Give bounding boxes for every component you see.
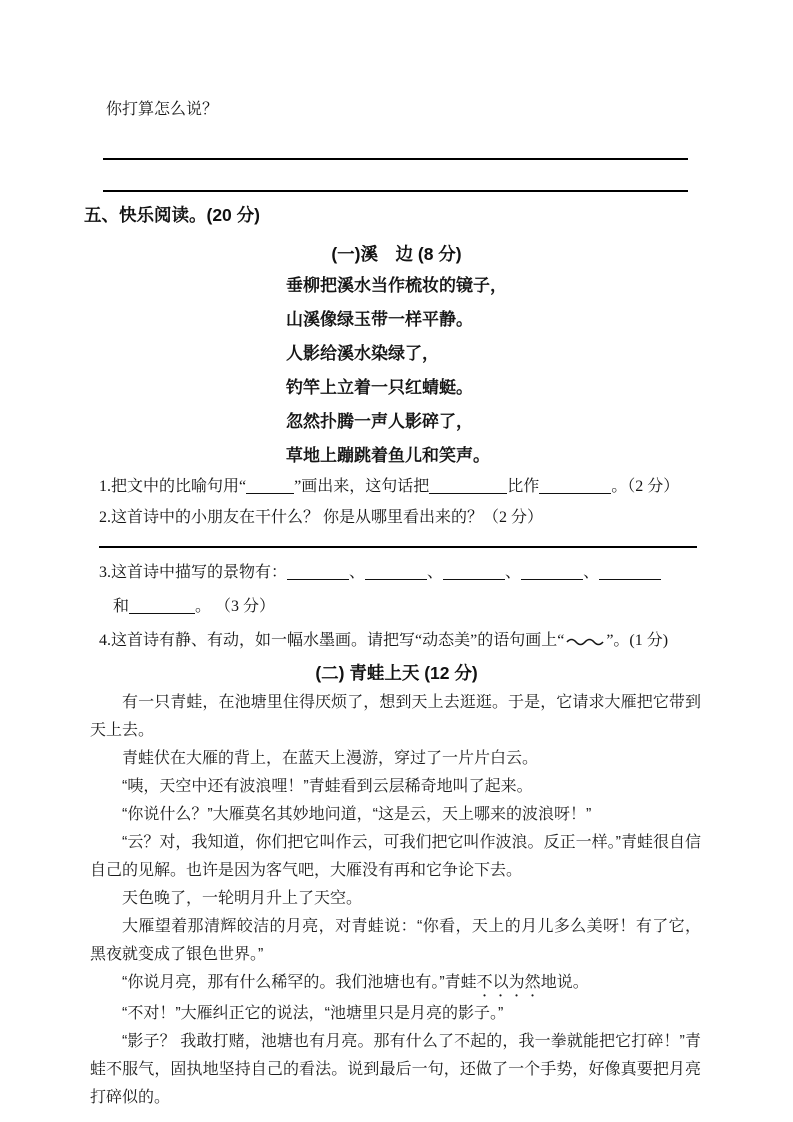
story-paragraph: 大雁望着那清辉皎洁的月亮，对青蛙说：“你看，天上的月儿多么美呀！有了它，黑夜就变… [90, 913, 701, 969]
question-1: 1.把文中的比喻句用“”画出来，这句话把比作。（2 分） [99, 476, 713, 498]
answer-line [99, 546, 697, 548]
poem-line: 垂柳把溪水当作梳妆的镜子， [286, 269, 507, 303]
blank-underline [429, 479, 507, 494]
story-text: “你说月亮，那有什么稀罕的。我们池塘也有。”青蛙 [122, 974, 477, 991]
list-separator: 、 [505, 564, 521, 581]
section-heading: 五、快乐阅读。(20 分) [84, 203, 793, 227]
story-paragraph: “影子？ 我敢打赌，池塘也有月亮。那有什么了不起的，我一拳就能把它打碎！”青蛙不… [90, 1028, 701, 1112]
prompt-question: 你打算怎么说？ [106, 99, 793, 121]
story-text: 地说。 [541, 974, 589, 991]
reading-passage-1: (一)溪 边 (8 分) 垂柳把溪水当作梳妆的镜子， 山溪像绿玉带一样平静。 人… [0, 242, 793, 653]
question-4-text: 4.这首诗有静、有动，如一幅水墨画。请把写“动态美”的语句画上“ [99, 632, 564, 649]
question-1-text: 比作 [507, 478, 539, 495]
story-body: 有一只青蛙，在池塘里住得厌烦了，想到天上去逛逛。于是，它请求大雁把它带到天上去。… [90, 689, 701, 1112]
poem-line: 忽然扑腾一声人影碎了， [286, 405, 507, 439]
story-paragraph: “咦，天空中还有波浪哩！”青蛙看到云层稀奇地叫了起来。 [90, 773, 701, 801]
question-3-text: 和 [113, 598, 129, 615]
answer-line [103, 190, 688, 192]
question-4-text: ”。(1 分) [606, 632, 668, 649]
story-paragraph: 青蛙伏在大雁的背上，在蓝天上漫游，穿过了一片片白云。 [90, 745, 701, 773]
poem-line: 草地上蹦跳着鱼儿和笑声。 [286, 439, 507, 473]
question-1-text: ”画出来，这句话把 [294, 478, 429, 495]
story-paragraph-with-emphasis: “你说月亮，那有什么稀罕的。我们池塘也有。”青蛙不以为然地说。 [90, 969, 701, 1000]
list-separator: 、 [427, 564, 443, 581]
poem-body: 垂柳把溪水当作梳妆的镜子， 山溪像绿玉带一样平静。 人影给溪水染绿了， 钓竿上立… [286, 269, 507, 473]
blank-underline [287, 565, 349, 580]
blank-underline [521, 565, 583, 580]
question-3-text: 3.这首诗中描写的景物有： [99, 564, 287, 581]
answer-line [103, 158, 688, 160]
blank-underline [246, 479, 294, 494]
blank-underline [599, 565, 661, 580]
question-4: 4.这首诗有静、有动，如一幅水墨画。请把写“动态美”的语句画上“”。(1 分) [99, 630, 713, 653]
story-paragraph: 天色晚了，一轮明月升上了天空。 [90, 885, 701, 913]
reading-passage-2: (二) 青蛙上天 (12 分) 有一只青蛙，在池塘里住得厌烦了，想到天上去逛逛。… [0, 661, 793, 1112]
blank-underline [539, 479, 611, 494]
list-separator: 、 [583, 564, 599, 581]
story-paragraph: “不对！”大雁纠正它的说法，“池塘里只是月亮的影子。” [90, 1000, 701, 1028]
poem-line: 钓竿上立着一只红蜻蜓。 [286, 371, 507, 405]
story-paragraph: 有一只青蛙，在池塘里住得厌烦了，想到天上去逛逛。于是，它请求大雁把它带到天上去。 [90, 689, 701, 745]
question-1-text: 1.把文中的比喻句用“ [99, 478, 246, 495]
poem-line: 人影给溪水染绿了， [286, 337, 507, 371]
question-3-text: 。 （3 分） [195, 598, 275, 615]
story-paragraph: “你说什么？”大雁莫名其妙地问道，“这是云，天上哪来的波浪呀！” [90, 801, 701, 829]
question-2: 2.这首诗中的小朋友在干什么？ 你是从哪里看出来的？（2 分） [99, 507, 713, 529]
poem-line: 山溪像绿玉带一样平静。 [286, 303, 507, 337]
blank-underline [129, 599, 195, 614]
poem-title: (一)溪 边 (8 分) [0, 242, 793, 266]
emphasized-text: 不以为然 [477, 974, 541, 991]
wavy-line-icon [566, 631, 604, 653]
question-1-text: 。（2 分） [611, 478, 679, 495]
blank-underline [365, 565, 427, 580]
story-title: (二) 青蛙上天 (12 分) [0, 661, 793, 685]
question-3-continued: 和。 （3 分） [113, 596, 713, 618]
question-3: 3.这首诗中描写的景物有：、、、、 [99, 562, 713, 584]
exam-page: 你打算怎么说？ 五、快乐阅读。(20 分) (一)溪 边 (8 分) 垂柳把溪水… [0, 0, 793, 1122]
story-paragraph: “云？对，我知道，你们把它叫作云，可我们把它叫作波浪。反正一样。”青蛙很自信自己… [90, 829, 701, 885]
list-separator: 、 [349, 564, 365, 581]
blank-underline [443, 565, 505, 580]
